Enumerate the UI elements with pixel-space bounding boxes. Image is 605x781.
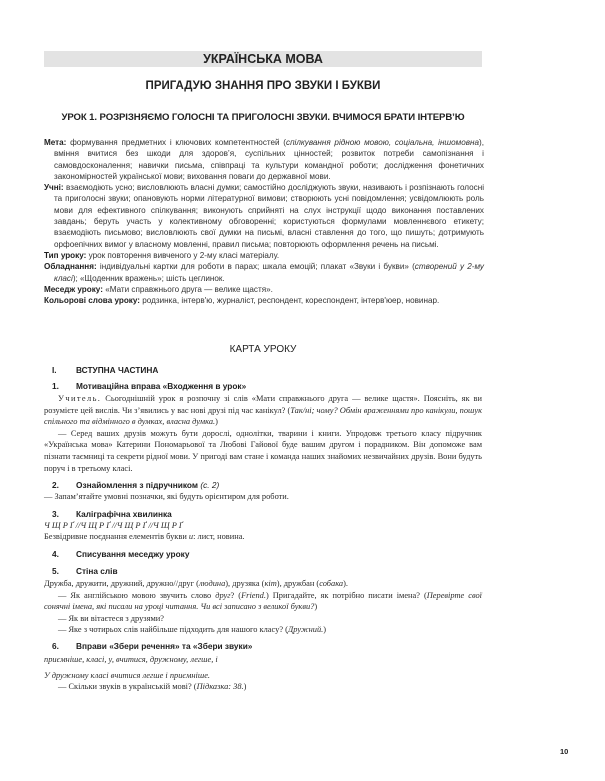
color-words-label: Кольорові слова уроку: [44, 296, 140, 305]
section-heading-3: 3.Каліграфічна хвилинка [52, 509, 482, 519]
section-heading-5: 5.Стіна слів [52, 566, 482, 576]
lesson-title: УРОК 1. РОЗРІЗНЯЄМО ГОЛОСНІ ТА ПРИГОЛОСН… [44, 112, 482, 123]
meta-type: Тип уроку: урок повторення вивченого у 2… [44, 250, 484, 261]
message-label: Меседж уроку: [44, 285, 103, 294]
students-label: Учні: [44, 183, 64, 192]
section-5-question-2: — Як ви вітаєтеся з друзями? [44, 613, 482, 625]
calligraphy-letters: Ч Щ Р Ґ //Ч Щ Р Ґ //Ч Щ Р Ґ //Ч Щ Р Ґ [44, 520, 482, 532]
section-5-question-1: — Як англійською мовою звучить слово дру… [44, 590, 482, 613]
meta-color-words: Кольорові слова уроку: родзинка, інтерв'… [44, 295, 484, 306]
section-heading-6: 6.Вправи «Збери речення» та «Збери звуки… [52, 641, 482, 651]
lesson-body: I.ВСТУПНА ЧАСТИНА 1.Мотиваційна вправа «… [44, 362, 482, 693]
part-heading: I.ВСТУПНА ЧАСТИНА [52, 365, 482, 375]
page-number: 10 [560, 747, 568, 756]
equipment-label: Обладнання: [44, 262, 97, 271]
section-5-question-3: — Яке з чотирьох слів найбільше підходит… [44, 624, 482, 636]
section-heading-2: 2.Ознайомлення з підручником (с. 2) [52, 480, 482, 490]
subject-header: УКРАЇНСЬКА МОВА [44, 51, 482, 67]
assembled-sentence: У дружному класі вчитися легше і приємні… [44, 670, 482, 682]
section-3-paragraph: Безвідривне поєднання елементів букви и:… [44, 531, 482, 543]
lesson-meta: Мета: формування предметних і ключових к… [44, 137, 484, 306]
section-1-paragraph-1: Учитель. Сьогоднішній урок я розпочну зі… [44, 393, 482, 428]
topic-title: ПРИГАДУЮ ЗНАННЯ ПРО ЗВУКИ І БУКВИ [44, 80, 482, 92]
section-heading-4: 4.Списування меседжу уроку [52, 549, 482, 559]
section-heading-1: 1.Мотиваційна вправа «Входження в урок» [52, 381, 482, 391]
document-page: УКРАЇНСЬКА МОВА ПРИГАДУЮ ЗНАННЯ ПРО ЗВУК… [0, 0, 605, 781]
meta-goal: Мета: формування предметних і ключових к… [44, 137, 484, 182]
meta-equipment: Обладнання: індивідуальні картки для роб… [44, 261, 484, 284]
scrambled-words: приємніше, класі, у, вчитися, дружному, … [44, 654, 482, 666]
section-6-question: — Скільки звуків в українській мові? (Пі… [44, 681, 482, 693]
meta-message: Меседж уроку: «Мати справжнього друга — … [44, 284, 484, 295]
section-1-paragraph-2: — Серед ваших друзів можуть бути дорослі… [44, 428, 482, 474]
word-wall: Дружба, дружити, дружний, дружно//друг (… [44, 578, 482, 590]
goal-label: Мета: [44, 138, 66, 147]
lesson-map-title: КАРТА УРОКУ [44, 344, 482, 355]
type-label: Тип уроку: [44, 251, 86, 260]
meta-students: Учні: взаємодіють усно; висловлюють влас… [44, 182, 484, 250]
section-2-paragraph: — Запам’ятайте умовні позначки, які буду… [44, 491, 482, 503]
